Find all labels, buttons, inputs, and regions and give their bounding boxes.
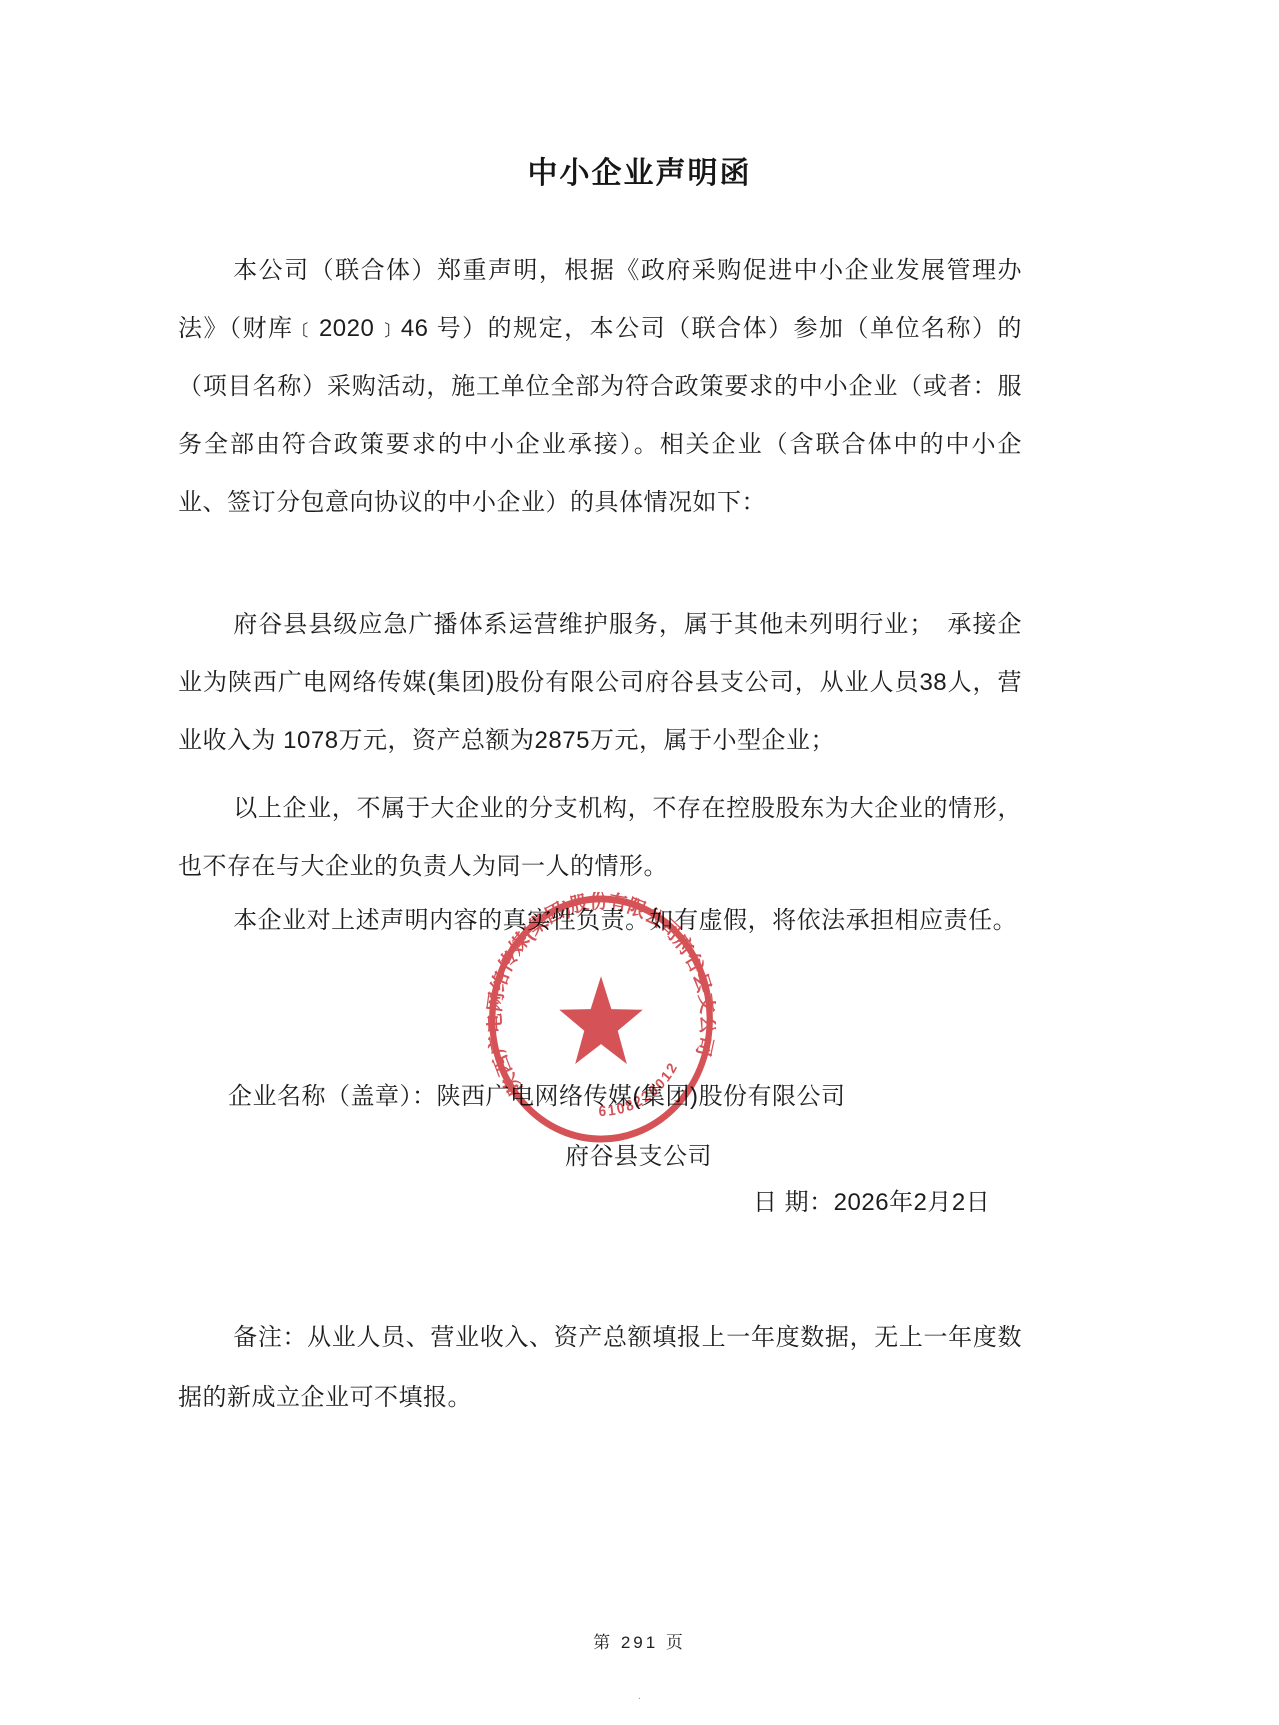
seal-star-icon (559, 976, 643, 1064)
date-value: 2026年2月2日 (834, 1189, 991, 1216)
paragraph-enterprise-detail: 府谷县县级应急广播体系运营维护服务，属于其他未列明行业； 承接企业为陕西广电网络… (178, 596, 1022, 770)
company-name-label: 企业名称（盖章）： (228, 1083, 437, 1110)
date-line: 日 期：2026年2月2日 (753, 1182, 990, 1217)
paragraph-declaration: 本公司（联合体）郑重声明，根据《政府采购促进中小企业发展管理办法》（财库﹝202… (178, 242, 1022, 532)
note-paragraph: 备注：从业人员、营业收入、资产总额填报上一年度数据，无上一年度数据的新成立企业可… (178, 1308, 1022, 1428)
paragraph-not-large-enterprise: 以上企业，不属于大企业的分支机构，不存在控股股东为大企业的情形，也不存在与大企业… (178, 780, 1022, 896)
document-page: 中小企业声明函 本公司（联合体）郑重声明，根据《政府采购促进中小企业发展管理办法… (0, 0, 1279, 1725)
page-title: 中小企业声明函 (0, 0, 1279, 192)
date-label: 日 期： (753, 1189, 834, 1216)
page-number: 第 291 页 (0, 1628, 1279, 1653)
company-seal-stamp: 陕西广电网络传媒(集团)股份有限公司府谷县支公司 6108220012 (486, 892, 716, 1146)
footer-dot: . (0, 1690, 1279, 1702)
